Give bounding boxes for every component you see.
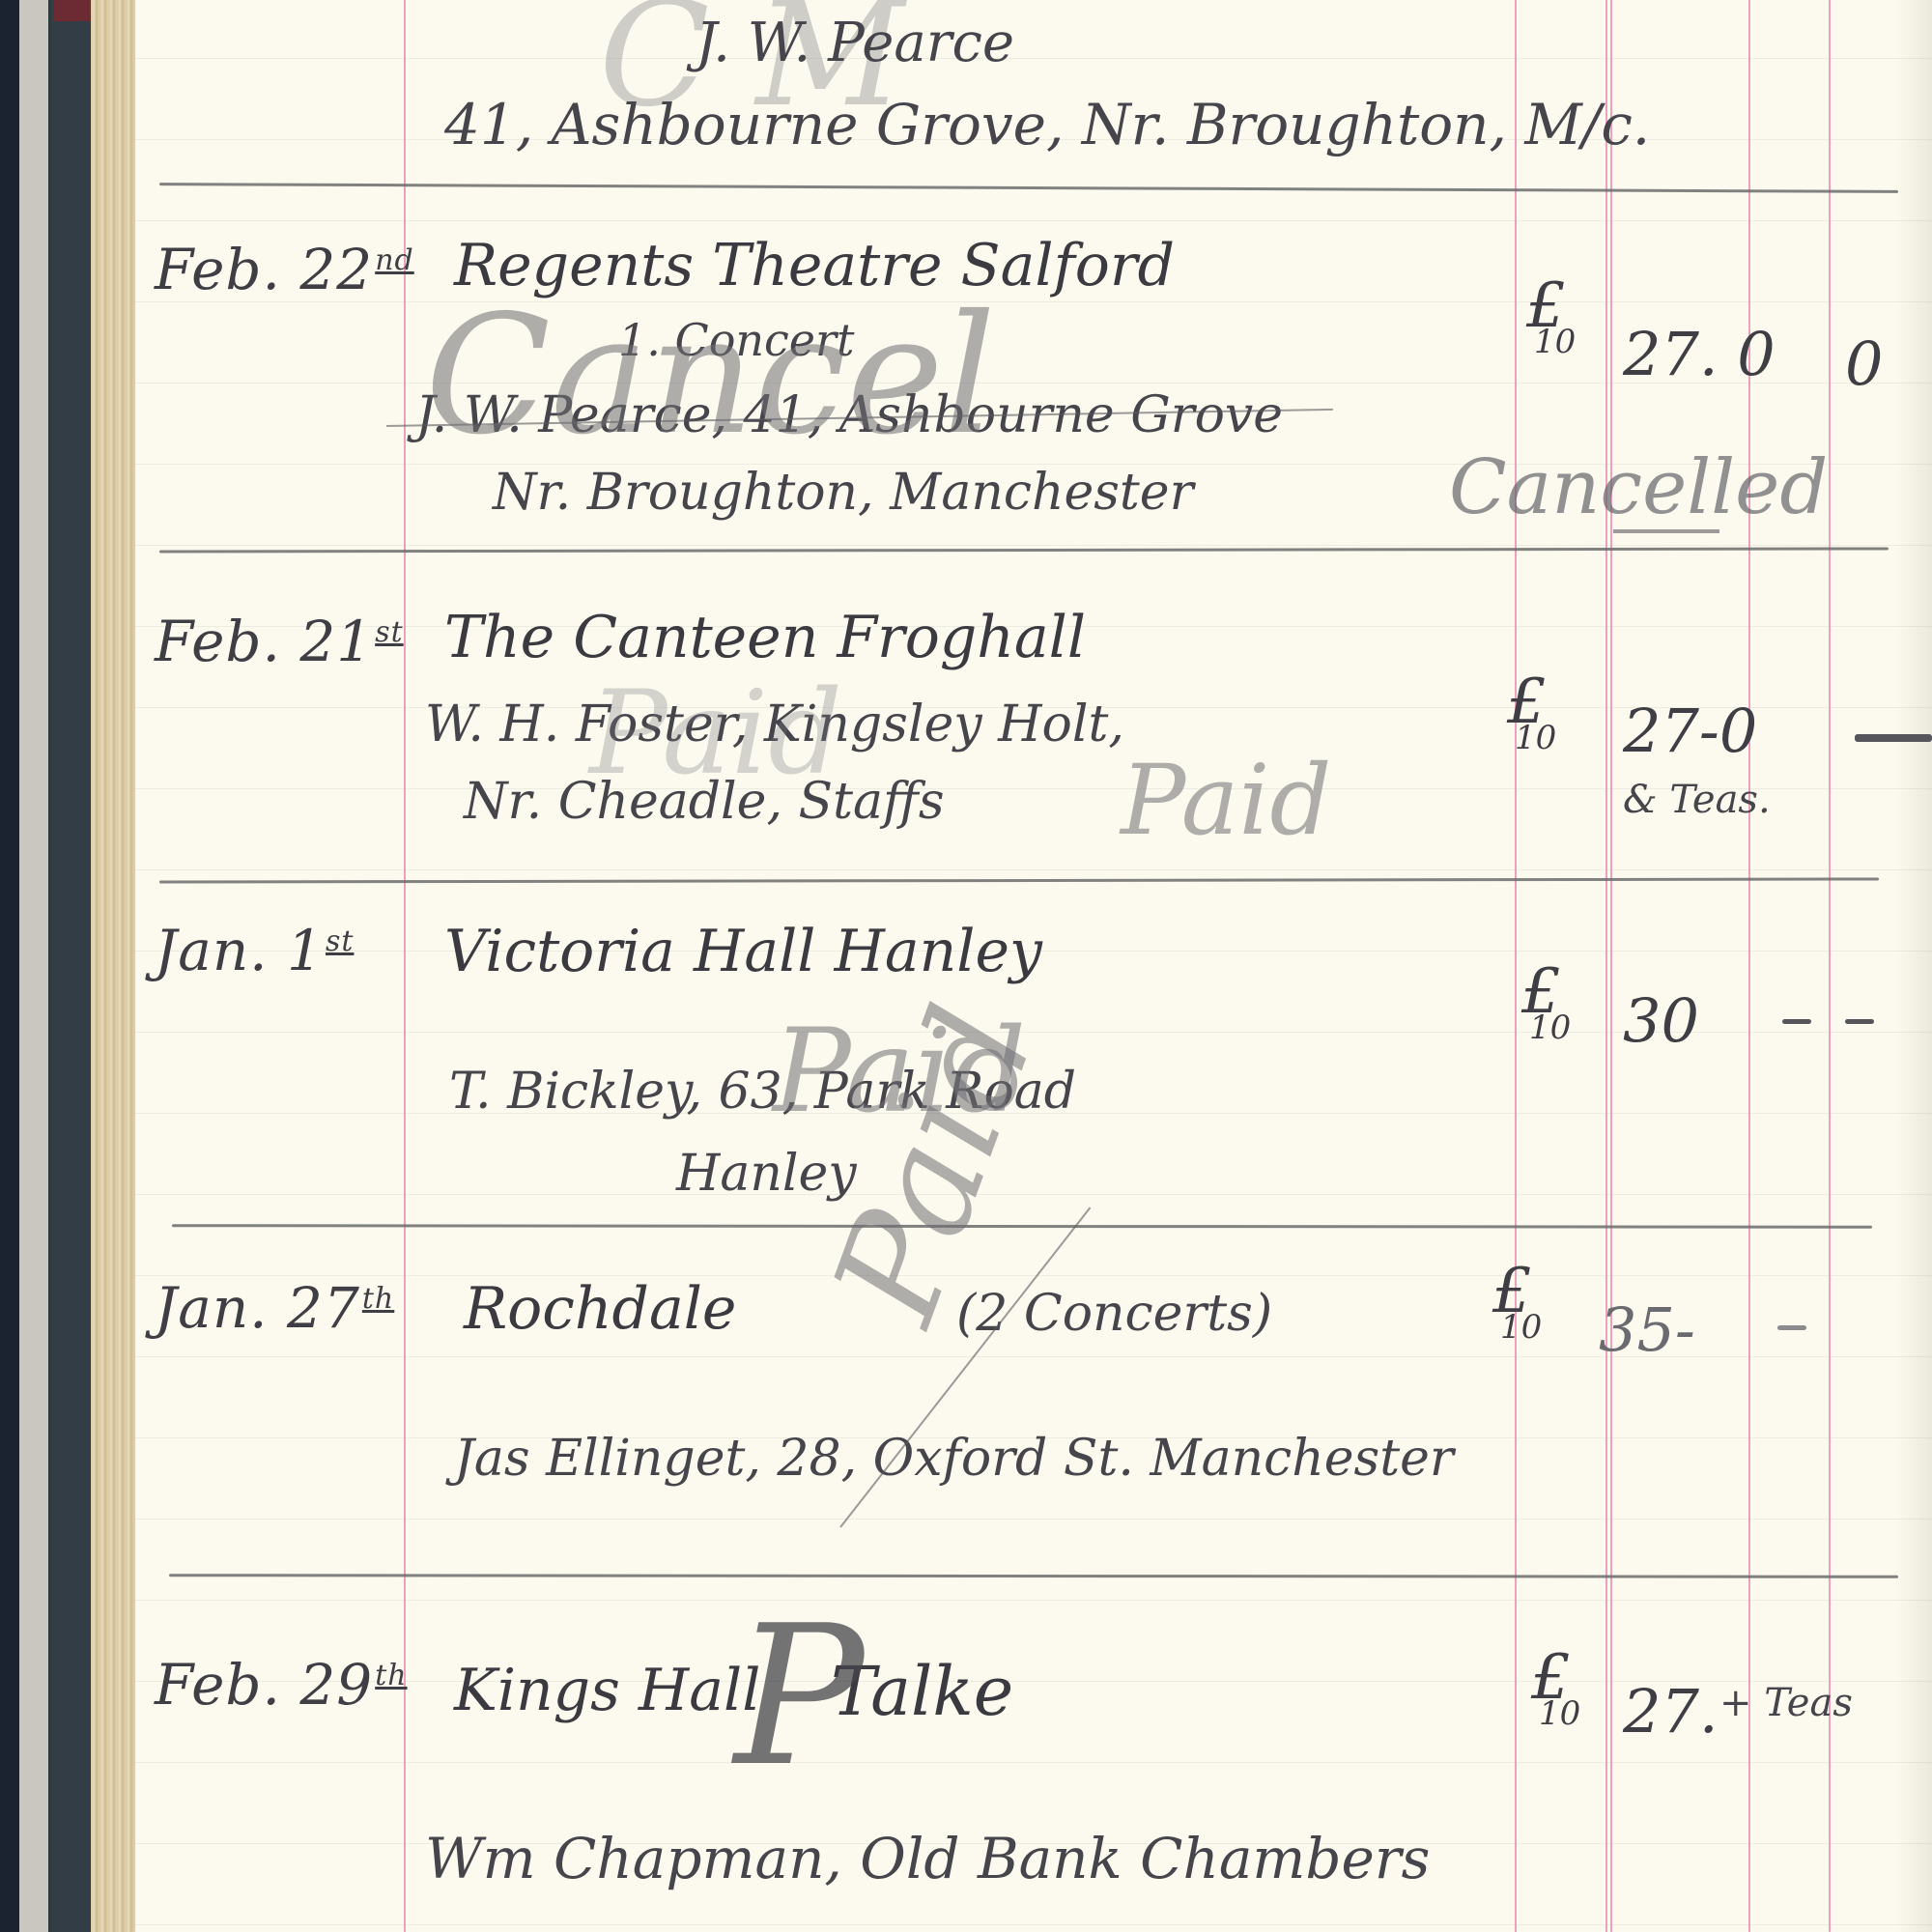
pounds-column-rule-double bbox=[1610, 0, 1612, 1932]
contact-address: 41, Ashbourne Grove, Nr. Broughton, M/c. bbox=[444, 92, 1650, 157]
page-stack-edge bbox=[91, 0, 135, 1932]
entry-contact: Wm Chapman, Old Bank Chambers bbox=[425, 1826, 1430, 1891]
pound-sign: £10 bbox=[1521, 956, 1571, 1047]
entry-date: Feb. 22nd bbox=[155, 237, 414, 302]
status-paid-initial: P bbox=[734, 1584, 865, 1809]
status-paid: Paid bbox=[1121, 744, 1331, 857]
book-spine-cloth bbox=[48, 0, 94, 1932]
bookmark-ribbon bbox=[53, 0, 92, 21]
entry-fee-pence bbox=[1845, 1019, 1874, 1024]
entry-fee-extra: & Teas. bbox=[1623, 778, 1771, 822]
entry-date: Feb. 29th bbox=[155, 1652, 408, 1718]
entry-note: (2 Concerts) bbox=[956, 1285, 1272, 1343]
entry-venue: Victoria Hall Hanley bbox=[444, 918, 1042, 985]
ink-blot bbox=[1855, 734, 1932, 742]
page-shadow bbox=[1893, 0, 1932, 1932]
entry-venue: Kings Hall bbox=[454, 1657, 760, 1724]
pound-sign: £10 bbox=[1507, 667, 1556, 757]
entry-fee-shillings bbox=[1782, 1019, 1811, 1024]
pound-sign: £10 bbox=[1526, 270, 1576, 361]
entry-fee-shillings bbox=[1777, 1325, 1806, 1330]
entry-fee: 27. 0 bbox=[1623, 319, 1776, 389]
entry-fee: 27-0 bbox=[1623, 696, 1757, 766]
entry-fee: 27. bbox=[1623, 1676, 1719, 1747]
entry-fee: 35- bbox=[1599, 1294, 1695, 1365]
pound-sign: £10 bbox=[1492, 1256, 1542, 1347]
shillings-column-rule bbox=[1748, 0, 1750, 1932]
pence-column-rule bbox=[1829, 0, 1831, 1932]
book-binding-strip bbox=[19, 0, 50, 1932]
entry-fee: 30 bbox=[1623, 985, 1699, 1056]
contact-name: J. W. Pearce bbox=[696, 12, 1014, 74]
pound-sign: £10 bbox=[1531, 1642, 1580, 1733]
entry-date: Jan. 1st bbox=[155, 918, 354, 983]
entry-venue: Rochdale bbox=[464, 1275, 736, 1343]
entry-date: Jan. 27th bbox=[155, 1275, 394, 1341]
entry-venue: The Canteen Froghall bbox=[444, 604, 1086, 671]
status-underline bbox=[1613, 529, 1719, 533]
entry-date: Feb. 21st bbox=[155, 609, 404, 674]
entry-contact-line2: Hanley bbox=[676, 1145, 857, 1203]
cancel-overwrite: Cancel bbox=[425, 280, 996, 471]
fee-column-rule bbox=[1515, 0, 1517, 1932]
status-cancelled: Cancelled bbox=[1449, 444, 1828, 531]
entry-fee-extra: + Teas bbox=[1719, 1681, 1853, 1725]
paid-overwrite: Paid bbox=[589, 667, 842, 801]
book-cover-edge bbox=[0, 0, 21, 1932]
entry-fee-pence: 0 bbox=[1845, 328, 1883, 399]
entry-contact: Jas Ellinget, 28, Oxford St. Manchester bbox=[454, 1430, 1454, 1488]
entry-contact-line2: Nr. Broughton, Manchester bbox=[493, 464, 1193, 522]
pounds-column-rule bbox=[1605, 0, 1607, 1932]
